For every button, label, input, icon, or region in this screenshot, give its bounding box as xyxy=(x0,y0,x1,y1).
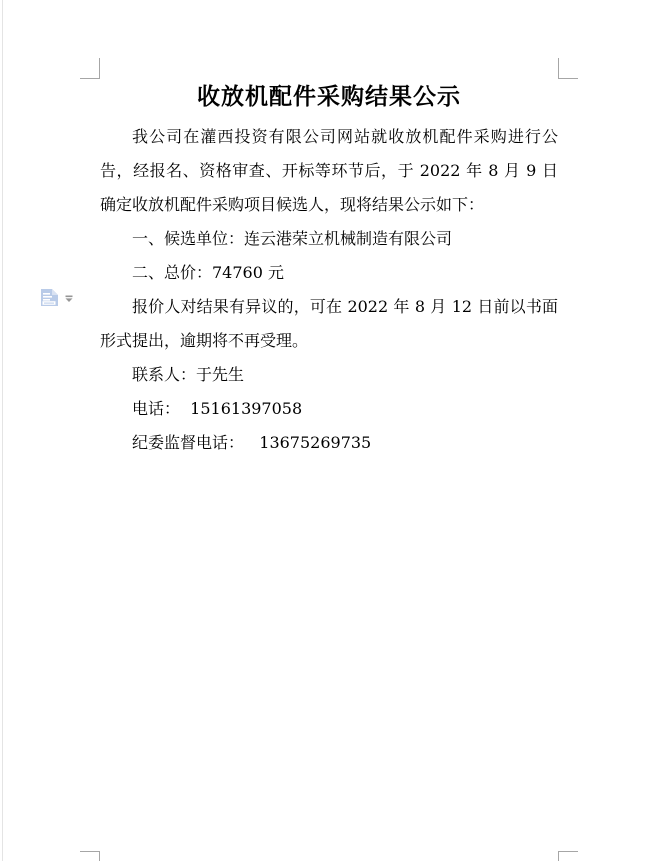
document-page: 收放机配件采购结果公示 我公司在灌西投资有限公司网站就收放机配件采购进行公告，经… xyxy=(0,0,659,861)
document-title[interactable]: 收放机配件采购结果公示 xyxy=(100,79,558,115)
crop-mark-top-right xyxy=(558,58,578,79)
paragraph-intro[interactable]: 我公司在灌西投资有限公司网站就收放机配件采购进行公告，经报名、资格审查、开标等环… xyxy=(100,120,558,222)
crop-mark-bottom-left xyxy=(80,851,100,861)
paragraph-candidate-unit[interactable]: 一、候选单位：连云港荣立机械制造有限公司 xyxy=(100,222,558,256)
paste-options-button[interactable] xyxy=(40,288,75,307)
paragraph-supervision-phone[interactable]: 纪委监督电话： 13675269735 xyxy=(100,426,558,460)
paste-options-icon[interactable] xyxy=(40,288,59,307)
paragraph-objection-notice[interactable]: 报价人对结果有异议的，可在 2022 年 8 月 12 日前以书面形式提出，逾期… xyxy=(100,290,558,358)
document-text-area[interactable]: 收放机配件采购结果公示 我公司在灌西投资有限公司网站就收放机配件采购进行公告，经… xyxy=(100,79,558,460)
paragraph-contact-person[interactable]: 联系人：于先生 xyxy=(100,358,558,392)
crop-mark-bottom-right xyxy=(558,851,578,861)
crop-mark-top-left xyxy=(80,58,100,79)
paragraph-total-price[interactable]: 二、总价：74760 元 xyxy=(100,256,558,290)
paragraph-phone[interactable]: 电话： 15161397058 xyxy=(100,392,558,426)
window-left-edge xyxy=(2,0,3,861)
dropdown-arrow-icon[interactable] xyxy=(64,293,75,303)
